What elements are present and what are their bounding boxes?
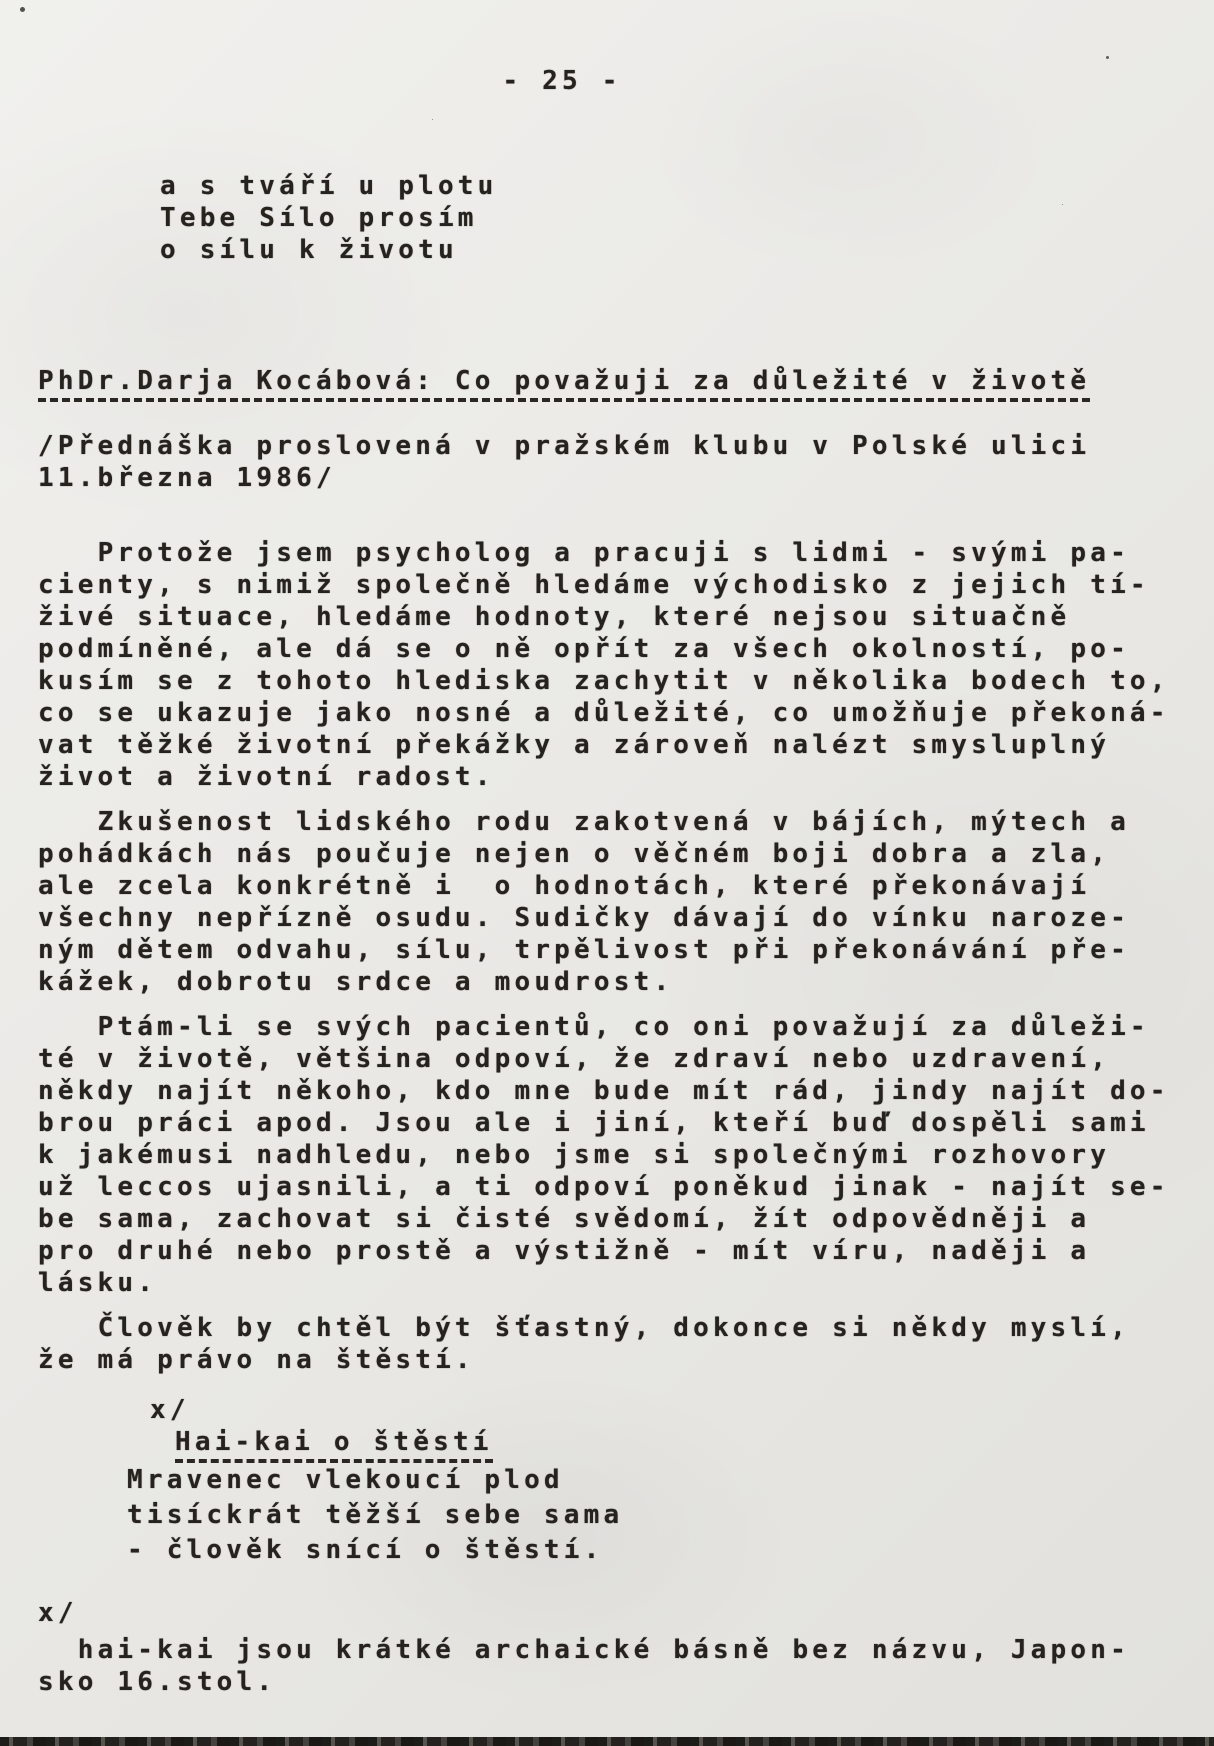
- scan-edge-artifact: [0, 1737, 1214, 1746]
- lecture-subtitle: /Přednáška proslovená v pražském klubu v…: [38, 430, 1194, 494]
- footnote-marker: x/: [38, 1597, 1194, 1629]
- paragraph-4: Člověk by chtěl být šťastný, dokonce si …: [38, 1312, 1196, 1376]
- paragraph-2: Zkušenost lidského rodu zakotvená v bájí…: [38, 806, 1196, 998]
- paragraph-1: Protože jsem psycholog a pracuji s lidmi…: [38, 537, 1196, 793]
- haiku-footnote-marker: x/: [150, 1394, 1214, 1426]
- lecture-body: Protože jsem psycholog a pracuji s lidmi…: [38, 537, 1196, 1376]
- scan-speck-artifacts: [20, 7, 25, 12]
- haiku-lines: Mravenec vlekoucí plod tisíckrát těžší s…: [127, 1463, 1214, 1568]
- scanned-typewritten-page: - 25 - a s tváří u plotu Tebe Sílo prosí…: [0, 65, 1214, 1698]
- haiku-block: x/ Hai-kai o štěstí Mravenec vlekoucí pl…: [127, 1394, 1214, 1568]
- lecture-heading-row: PhDr.Darja Kocábová: Co považuji za důle…: [38, 365, 1214, 397]
- lecture-heading: PhDr.Darja Kocábová: Co považuji za důle…: [38, 366, 1090, 402]
- haiku-title: Hai-kai o štěstí: [175, 1426, 493, 1463]
- footnote-text: hai-kai jsou krátké archaické básně bez …: [38, 1634, 1194, 1698]
- page-number: - 25 -: [0, 65, 1169, 97]
- paragraph-3: Ptám-li se svých pacientů, co oni považu…: [38, 1011, 1196, 1299]
- opening-poem: a s tváří u plotu Tebe Sílo prosím o síl…: [160, 170, 1214, 266]
- footnote-block: x/ hai-kai jsou krátké archaické básně b…: [38, 1597, 1194, 1698]
